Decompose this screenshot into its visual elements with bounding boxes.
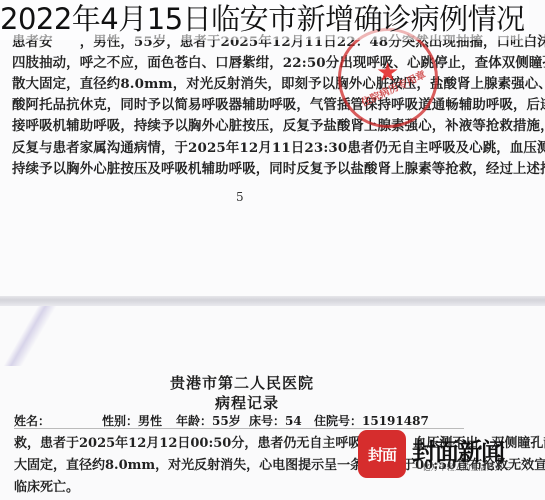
patient-name-label: 姓名： [14,412,50,429]
text-line: 散大固定，直径约8.0mm，对光反射消失，即刻予以胸外心脏按压，盐酸肾上腺素强心… [12,76,545,92]
patient-gender: 性别：男性 [102,412,162,429]
news-watermark: 封面 封面新闻 — 亿万年轻人的生活方式 — [358,430,534,478]
page-top-lines: 患者安 ，男性，55岁，患者于2025年12月11日22：48分突然出现抽搐，口… [0,0,545,298]
page-number: 5 [236,190,244,204]
record-title: 病程记录 [215,392,279,413]
hospital-name: 贵港市第二人民医院 [170,372,314,393]
text-line: 临床死亡。 [14,480,79,496]
page-divider [0,296,545,306]
news-logo-icon: 封面 [358,430,406,478]
text-line: 接呼吸机辅助呼吸，持续予以胸外心脏按压，反复予盐酸肾上腺素强心，补液等抢救措施， [12,118,545,134]
patient-bed: 床号：54 [249,412,302,429]
patient-info-row: 姓名： 性别：男性 年龄：55岁 床号：54 住院号：15191487 [14,412,464,429]
text-line: 四肢抽动，呼之不应，面色苍白、口唇紫绀，22:50分出现呼吸、心跳停止，查体双侧… [12,55,545,71]
news-slogan: — 亿万年轻人的生活方式 — [412,462,513,473]
patient-admission-no: 住院号：15191487 [314,412,429,429]
text-line: 反复与患者家属沟通病情，于2025年12月11日23:30患者仍无自主呼吸及心跳… [12,140,545,156]
patient-age: 年龄：55岁 [176,412,241,429]
text-line: 酸阿托品抗休克，同时予以简易呼吸器辅助呼吸，气管插管保持呼吸道通畅辅助呼吸，后连 [12,97,545,113]
text-line: 持续予以胸外心脏按压及呼吸机辅助呼吸，同时反复予以盐酸肾上腺素等抢救，经过上述抢 [12,161,545,177]
overlay-headline: 2022年4月15日临安市新增确诊病例情况 [0,0,529,40]
